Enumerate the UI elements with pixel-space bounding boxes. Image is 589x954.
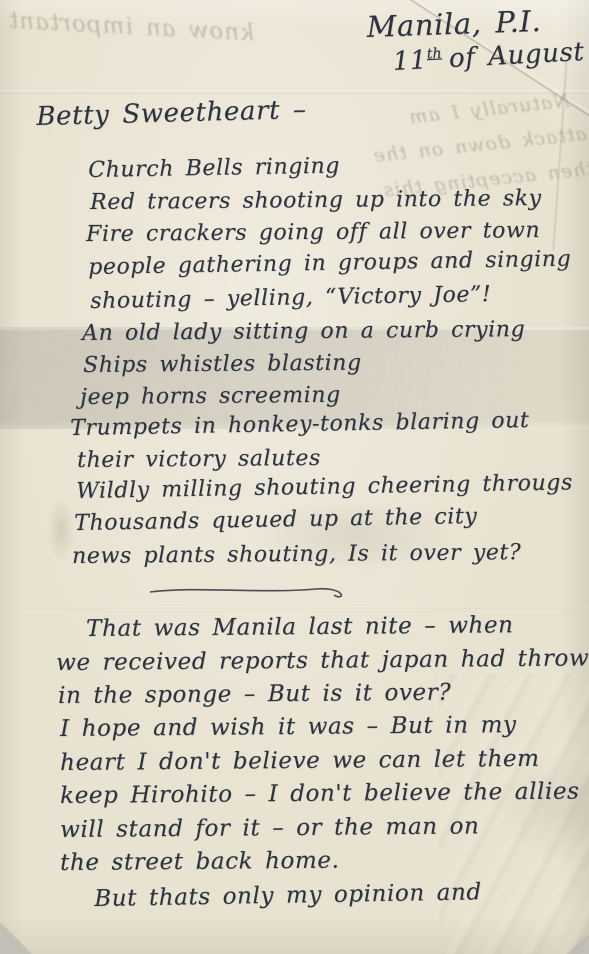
letter-line: news plants shouting, Is it over yet? xyxy=(72,540,521,569)
letter-line: That was Manila last nite – when xyxy=(86,612,514,642)
underline-flourish xyxy=(148,582,348,600)
letter-line: Church Bells ringing xyxy=(88,154,340,183)
letter-line: heart I don't believe we can let them xyxy=(60,746,540,776)
letter-line: in the sponge – But is it over? xyxy=(58,680,451,709)
letter-line: their victory salutes xyxy=(77,446,321,473)
letter-line: I hope and wish it was – But in my xyxy=(60,712,517,742)
dateline-day: 11 xyxy=(392,45,428,77)
dateline-ordinal: th xyxy=(426,46,442,63)
letter-line: Fire crackers going off all over town xyxy=(86,218,540,247)
letter-line: keep Hirohito – I don't believe the alli… xyxy=(60,778,580,809)
dateline-location: Manila, P.I. xyxy=(366,4,542,44)
letter-line: we received reports that japan had throw… xyxy=(56,645,589,676)
letter-line: the street back home. xyxy=(60,848,340,876)
scanned-letter: know an important Naturally I am an atta… xyxy=(0,0,589,954)
letter-line: will stand for it – or the man on xyxy=(60,813,480,843)
letter-line: Red tracers shooting up into the sky xyxy=(90,186,542,215)
letter-line: jeep horns screeming xyxy=(80,383,341,410)
letter-line: An old lady sitting on a curb crying xyxy=(82,317,525,346)
letter-line: Ships whistles blasting xyxy=(83,351,362,378)
